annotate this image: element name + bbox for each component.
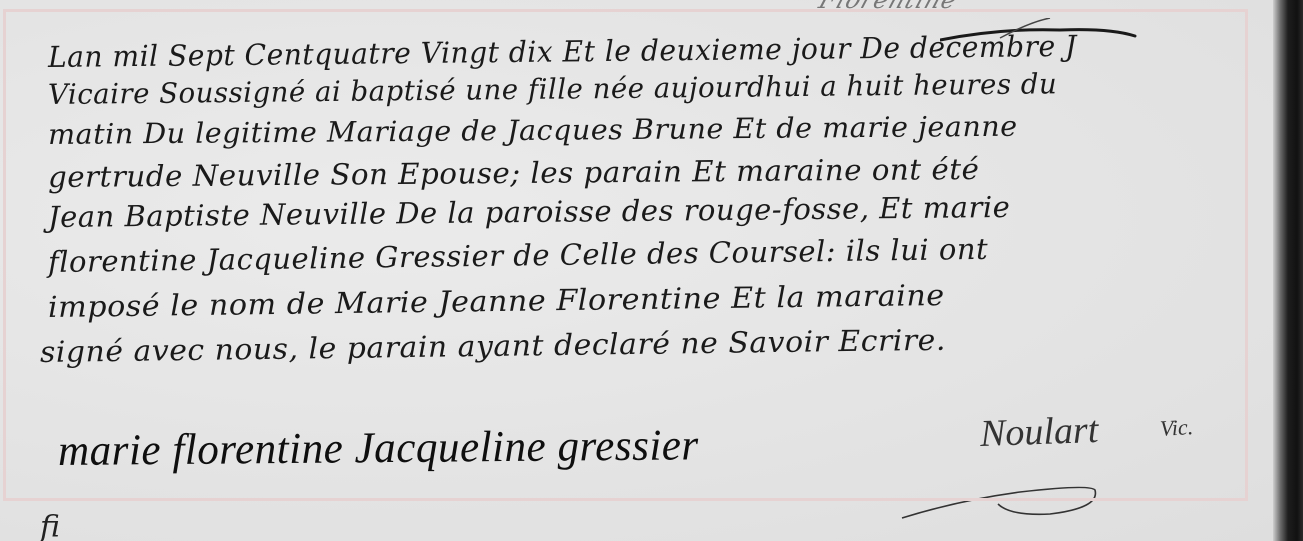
signature-flourish <box>900 480 1100 520</box>
priest-title: Vic. <box>1159 414 1194 442</box>
page-binding-shadow <box>1273 0 1303 541</box>
priest-signature: Noulart <box>979 408 1099 456</box>
stray-mark-text: fi <box>40 510 60 541</box>
header-fragment-text: Florentine <box>815 0 961 14</box>
godmother-signature: marie florentine Jacqueline gressier <box>58 419 699 476</box>
